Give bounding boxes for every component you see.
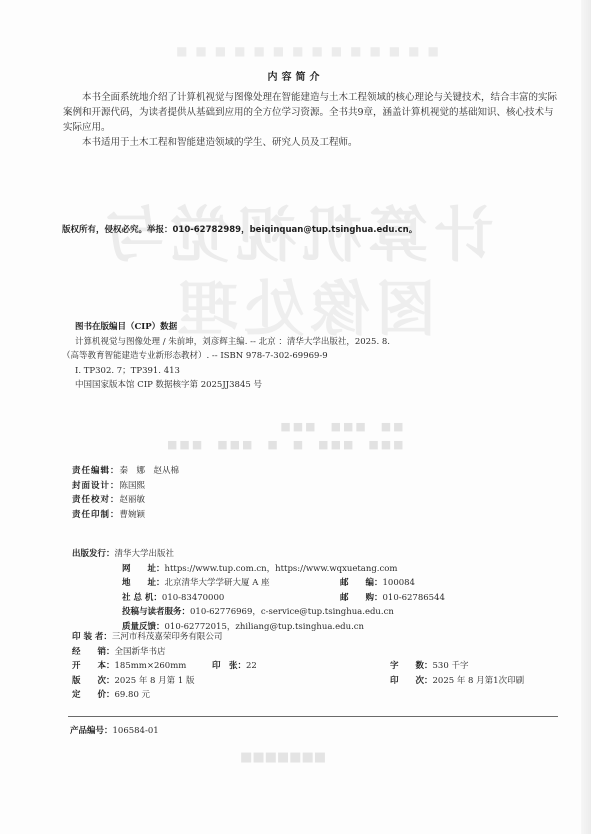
printer-label: 印 装 者： bbox=[72, 632, 112, 642]
editor-row: 责任编辑：秦 娜 赵从棉 bbox=[72, 464, 179, 479]
sheets-field: 印 张：22 bbox=[212, 659, 257, 674]
editor-label: 责任校对： bbox=[72, 495, 120, 505]
editor-value: 秦 娜 赵从棉 bbox=[120, 466, 180, 476]
cip-block: 图书在版编目（CIP）数据 计算机视觉与图像处理 / 朱前坤，刘彦辉主编. --… bbox=[62, 320, 542, 393]
switchboard-label: 社 总 机： bbox=[122, 593, 162, 603]
switchboard-row: 社 总 机：010-83470000 邮 购：010-62786544 bbox=[72, 591, 552, 606]
website-row: 网 址：https://www.tup.com.cn，https://www.w… bbox=[72, 562, 552, 577]
cip-line: 中国国家版本馆 CIP 数据核字第 2025JJ3845 号 bbox=[62, 378, 542, 393]
editor-label: 封面设计： bbox=[72, 481, 120, 491]
divider-line bbox=[68, 716, 558, 717]
show-through-publisher-seal: ■■■■■■■ bbox=[240, 750, 326, 765]
publisher-row: 出版发行：清华大学出版社 bbox=[72, 547, 552, 562]
product-code-label: 产品编号： bbox=[70, 726, 113, 736]
mail-order-label: 邮 购： bbox=[340, 593, 383, 603]
word-count-field: 字 数：530 千字 bbox=[390, 659, 468, 674]
format-label: 开 本： bbox=[72, 661, 115, 671]
printing-field: 印 次：2025 年 8 月第1次印刷 bbox=[390, 674, 524, 689]
editor-value: 赵丽敏 bbox=[120, 495, 146, 505]
price-row: 定 价：69.80 元 bbox=[72, 688, 572, 703]
publisher-block: 出版发行：清华大学出版社 网 址：https://www.tup.com.cn，… bbox=[72, 547, 552, 634]
address-row: 地 址：北京清华大学学研大厦 A 座 邮 编：100084 bbox=[72, 576, 552, 591]
editor-row: 责任印制：曹婉颖 bbox=[72, 508, 179, 523]
distributor-label: 经 销： bbox=[72, 647, 115, 657]
website-value: https://www.tup.com.cn，https://www.wqxue… bbox=[165, 564, 398, 574]
postcode-field: 邮 编：100084 bbox=[340, 576, 415, 591]
printing-value: 2025 年 8 月第1次印刷 bbox=[433, 676, 525, 686]
cip-line: 计算机视觉与图像处理 / 朱前坤，刘彦辉主编. -- 北京 ：清华大学出版社，2… bbox=[62, 335, 542, 350]
show-through-series-text: ■■■■■■■■■■■■■■ bbox=[168, 44, 439, 58]
edition-row: 版 次：2025 年 8 月第 1 版 印 次：2025 年 8 月第1次印刷 bbox=[72, 674, 572, 689]
editor-row: 责任校对：赵丽敏 bbox=[72, 493, 179, 508]
price-label: 定 价： bbox=[72, 690, 115, 700]
address-label: 地 址： bbox=[122, 578, 165, 588]
address-value: 北京清华大学学研大厦 A 座 bbox=[165, 578, 270, 588]
edition-label: 版 次： bbox=[72, 676, 115, 686]
service-row: 投稿与读者服务：010-62776969，c-service@tup.tsing… bbox=[72, 605, 552, 620]
print-spec-block: 印 装 者：三河市科茂嘉荣印务有限公司 经 销：全国新华书店 开 本：185mm… bbox=[72, 630, 572, 703]
intro-paragraph: 本书全面系统地介绍了计算机视觉与图像处理在智能建造与土木工程领域的核心理论与关键… bbox=[63, 90, 558, 135]
price-value: 69.80 元 bbox=[115, 690, 151, 700]
word-count-value: 530 千字 bbox=[433, 661, 469, 671]
mail-order-value: 010-62786544 bbox=[383, 593, 445, 603]
publisher-name: 清华大学出版社 bbox=[115, 549, 175, 559]
sheets-value: 22 bbox=[246, 661, 257, 671]
printer-value: 三河市科茂嘉荣印务有限公司 bbox=[112, 632, 223, 642]
product-code-value: 106584-01 bbox=[113, 726, 159, 736]
editor-row: 封面设计：陈国熙 bbox=[72, 479, 179, 494]
show-through-authors: ■■ ■■■ ■■■■■■ ■■■ ■ ■ ■■■ ■■■ bbox=[165, 418, 404, 454]
switchboard-value: 010-83470000 bbox=[162, 593, 224, 603]
copyright-notice: 版权所有，侵权必究。举报：010-62782989，beiqinquan@tup… bbox=[62, 223, 417, 235]
product-code-row: 产品编号：106584-01 bbox=[70, 724, 159, 736]
distributor-row: 经 销：全国新华书店 bbox=[72, 645, 572, 660]
edition-value: 2025 年 8 月第 1 版 bbox=[115, 676, 195, 686]
website-label: 网 址： bbox=[122, 564, 165, 574]
sheets-label: 印 张： bbox=[212, 661, 246, 671]
cip-heading: 图书在版编目（CIP）数据 bbox=[62, 320, 542, 335]
postcode-label: 邮 编： bbox=[340, 578, 383, 588]
editor-value: 陈国熙 bbox=[120, 481, 146, 491]
page-edge-shadow bbox=[581, 0, 591, 834]
printing-label: 印 次： bbox=[390, 676, 433, 686]
editors-block: 责任编辑：秦 娜 赵从棉 封面设计：陈国熙 责任校对：赵丽敏 责任印制：曹婉颖 bbox=[72, 464, 179, 522]
printer-row: 印 装 者：三河市科茂嘉荣印务有限公司 bbox=[72, 630, 572, 645]
cip-line: Ⅰ. TP302. 7；TP391. 413 bbox=[62, 364, 542, 379]
editor-label: 责任编辑： bbox=[72, 466, 120, 476]
service-label: 投稿与读者服务： bbox=[122, 607, 190, 617]
service-value: 010-62776969，c-service@tup.tsinghua.edu.… bbox=[190, 607, 394, 617]
cip-line: （高等教育智能建造专业新形态教材）. -- ISBN 978-7-302-699… bbox=[62, 349, 542, 364]
word-count-label: 字 数： bbox=[390, 661, 433, 671]
mail-order-field: 邮 购：010-62786544 bbox=[340, 591, 445, 606]
postcode-value: 100084 bbox=[383, 578, 415, 588]
editor-value: 曹婉颖 bbox=[120, 510, 146, 520]
intro-paragraph: 本书适用于土木工程和智能建造领域的学生、研究人员及工程师。 bbox=[63, 135, 558, 150]
editor-label: 责任印制： bbox=[72, 510, 120, 520]
distributor-value: 全国新华书店 bbox=[115, 647, 166, 657]
intro-body: 本书全面系统地介绍了计算机视觉与图像处理在智能建造与土木工程领域的核心理论与关键… bbox=[63, 90, 558, 150]
intro-title: 内容简介 bbox=[0, 68, 591, 83]
publisher-label: 出版发行： bbox=[72, 549, 115, 559]
format-value: 185mm×260mm bbox=[115, 661, 187, 671]
format-row: 开 本：185mm×260mm 印 张：22 字 数：530 千字 bbox=[72, 659, 572, 674]
